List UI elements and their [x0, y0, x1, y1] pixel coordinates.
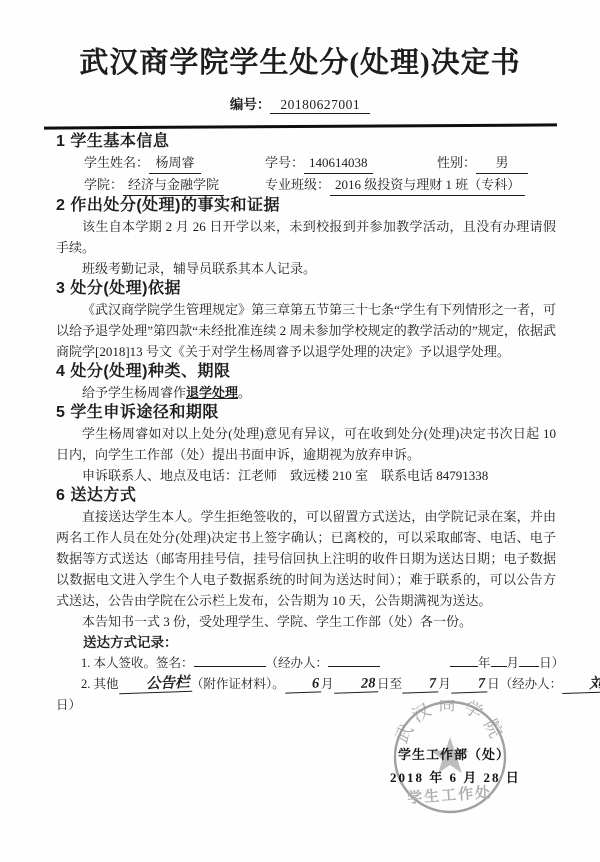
- delivery-record-line-1: 1. 本人签收。签名：（经办人：年月日）: [56, 653, 556, 674]
- delivery-record-heading: 送达方式记录：: [56, 632, 556, 653]
- delivery-paragraph-2: 本告知书一式 3 份，受处理学生、学院、学生工作部（处）各一份。: [56, 611, 556, 632]
- start-month-label: 月: [321, 677, 334, 691]
- section-2-heading: 2 作出处分(处理)的事实和证据: [56, 196, 556, 216]
- college-value: 经济与金融学院: [123, 174, 224, 196]
- decision-prefix: 给予学生杨周睿作: [82, 385, 186, 400]
- document-number-line: 编号：20180627001: [0, 93, 600, 113]
- delivery-record-line-2: 2. 其他公告栏（附作证材料）。6月28日至7月7日（经办人：刘馨。2018年6…: [56, 674, 556, 695]
- month-blank: [491, 653, 507, 667]
- field-student-id: 学号：140614038: [265, 152, 437, 174]
- decision-suffix: 。: [238, 385, 251, 400]
- handwritten-start-month: 6: [285, 676, 322, 693]
- signature-blank: [194, 653, 266, 667]
- end-month-label: 月: [438, 677, 451, 691]
- record2-attach-label: （附作证材料）。: [191, 677, 285, 691]
- student-info-row-1: 学生姓名：杨周睿 学号：140614038 性别：男: [56, 152, 556, 174]
- document-body: 1 学生基本信息 学生姓名：杨周睿 学号：140614038 性别：男 学院：经…: [56, 132, 556, 716]
- section-5-heading: 5 学生申诉途径和期限: [56, 403, 556, 423]
- agent-blank: [328, 653, 380, 667]
- field-class: 专业班级：2016 级投资与理财 1 班（专科）: [265, 174, 556, 196]
- gender-label: 性别：: [437, 155, 476, 170]
- record1-label: 1. 本人签收。签名：: [81, 656, 194, 670]
- class-value: 2016 级投资与理财 1 班（专科）: [330, 174, 525, 196]
- college-label: 学院：: [84, 177, 123, 192]
- seal-department-line: 学生工作部（处）: [398, 744, 510, 763]
- field-gender: 性别：男: [437, 152, 556, 174]
- student-name-value: 杨周睿: [149, 152, 201, 174]
- day-blank: [519, 653, 539, 667]
- section-6-heading: 6 送达方式: [56, 486, 556, 506]
- facts-paragraph-2: 班级考勤记录，辅导员联系其本人记录。: [56, 258, 556, 279]
- student-id-value: 140614038: [304, 152, 373, 174]
- handwritten-agent-name: 刘馨: [562, 676, 600, 694]
- year-blank: [450, 653, 478, 667]
- year-label: 年: [478, 656, 491, 670]
- document-title: 武汉商学院学生处分(处理)决定书: [0, 0, 600, 80]
- section-1-heading: 1 学生基本信息: [56, 132, 556, 152]
- record1-agent-label: （经办人：: [266, 656, 329, 670]
- appeal-contact-line: 申诉联系人、地点及电话：江老师 致远楼 210 室 联系电话 84791338: [56, 465, 556, 486]
- month-label: 月: [507, 656, 520, 670]
- field-college: 学院：经济与金融学院: [84, 174, 265, 196]
- document-number-value: 20180627001: [270, 97, 370, 114]
- day-close-label: 日）: [539, 656, 564, 670]
- seal-date-line: 2018 年 6 月 28 日: [390, 767, 521, 786]
- appeal-paragraph: 学生杨周睿如对以上处分(处理)意见有异议，可在收到处分(处理)决定书次日起 10…: [56, 423, 556, 465]
- student-info-row-2: 学院：经济与金融学院 专业班级：2016 级投资与理财 1 班（专科）: [56, 174, 556, 196]
- section-3-heading: 3 处分(处理)依据: [56, 279, 556, 299]
- facts-paragraph-1: 该生自本学期 2 月 26 日开学以来，未到校报到并参加教学活动，且没有办理请假…: [56, 216, 556, 258]
- to-label: 日至: [377, 677, 402, 691]
- decision-type: 退学处理: [186, 385, 238, 400]
- student-name-label: 学生姓名：: [84, 155, 149, 170]
- gender-value: 男: [476, 152, 528, 174]
- agent-open-label: 日（经办人：: [487, 677, 562, 691]
- header-divider: [44, 123, 557, 129]
- class-label: 专业班级：: [265, 177, 330, 192]
- section-4-heading: 4 处分(处理)种类、期限: [56, 362, 556, 382]
- document-number-label: 编号：: [230, 97, 271, 112]
- student-id-label: 学号：: [265, 155, 304, 170]
- scanned-document-page: 武汉商学院学生处分(处理)决定书 编号：20180627001 1 学生基本信息…: [0, 0, 600, 862]
- record2-prefix: 2. 其他: [81, 677, 119, 691]
- basis-paragraph: 《武汉商学院学生管理规定》第三章第五节第三十七条“学生有下列情形之一者，可以给予…: [56, 299, 556, 362]
- decision-line: 给予学生杨周睿作退学处理。: [56, 382, 556, 403]
- handwritten-end-month: 7: [402, 676, 439, 693]
- delivery-paragraph-1: 直接送达学生本人。学生拒绝签收的，可以留置方式送达，由学院记录在案，并由两名工作…: [56, 506, 556, 611]
- official-seal: 武汉商学院 学生工作处 学生工作部（处） 2018 年 6 月 28 日: [388, 700, 512, 820]
- handwritten-start-day: 28: [333, 676, 377, 694]
- field-student-name: 学生姓名：杨周睿: [84, 152, 265, 174]
- handwritten-method: 公告栏: [118, 676, 191, 695]
- handwritten-end-day: 7: [451, 676, 488, 693]
